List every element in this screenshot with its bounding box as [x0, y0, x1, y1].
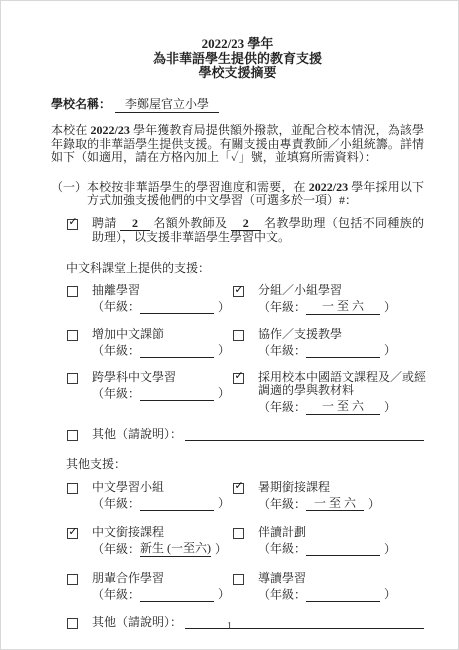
pull-out-learning-checkbox[interactable] [67, 286, 78, 297]
grade-suffix: ） [218, 300, 230, 314]
other-support-heading: 其他支援： [66, 458, 424, 472]
intro-text-pre: 本校在 [51, 123, 91, 137]
grade-row: （年級：新生 (一至六)） [92, 542, 227, 557]
check-mark-icon: ✓ [234, 285, 243, 296]
grade-suffix: ） [384, 542, 396, 556]
option-additional-chinese-lessons: 增加中文課節 （年級：） [67, 328, 233, 358]
hire-staff-text: 聘請 2 名額外教師及 2 名教學助理（包括不同種族的助理），以支援非華語學生學… [92, 217, 424, 245]
grade-suffix: ） [384, 400, 396, 414]
grade-input[interactable] [140, 387, 214, 401]
grade-prefix: （年級： [258, 300, 306, 314]
option-label: 分組／小組學習 [258, 284, 396, 298]
grade-prefix: （年級： [258, 587, 306, 601]
school-based-curriculum-checkbox[interactable]: ✓ [233, 373, 244, 384]
grade-suffix: ） [218, 386, 230, 400]
grade-input[interactable] [306, 344, 380, 358]
grade-prefix: （年級： [92, 542, 140, 556]
grade-prefix: （年級： [258, 542, 306, 556]
cross-curricular-checkbox[interactable] [67, 373, 78, 384]
grade-row: （年級：） [258, 344, 396, 358]
group-learning-checkbox[interactable]: ✓ [233, 286, 244, 297]
grade-prefix: （年級： [92, 386, 140, 400]
document-title: 2022/23 學年 為非華語學生提供的教育支援 學校支援摘要 [51, 37, 424, 81]
title-year-line: 2022/23 學年 [51, 37, 424, 52]
option-label: 協作／支援教學 [258, 328, 396, 342]
option-label: 抽離學習 [92, 284, 230, 298]
grade-row: （年級：） [92, 588, 230, 602]
hire-text-mid: 名額外教師及 [153, 216, 227, 230]
grade-prefix: （年級： [92, 587, 140, 601]
summer-bridging-checkbox[interactable]: ✓ [233, 483, 244, 494]
school-name-label: 學校名稱： [51, 97, 111, 111]
peer-learning-checkbox[interactable] [67, 574, 78, 585]
class-support-other-checkbox[interactable] [67, 430, 78, 441]
option-label: 伴讀計劃 [258, 526, 396, 540]
grade-row: （年級：） [92, 387, 230, 401]
page-number: 1 [1, 620, 458, 634]
grade-input[interactable]: 新生 (一至六) [140, 542, 211, 557]
grade-row: （年級：） [92, 300, 230, 314]
assistants-count-input[interactable]: 2 [231, 217, 261, 232]
grade-input[interactable] [140, 497, 214, 511]
guided-reading-checkbox[interactable] [233, 574, 244, 585]
grade-suffix: ） [218, 343, 230, 357]
option-school-based-curriculum: ✓ 採用校本中國語文課程及／或經調適的學與教材料 （年級：一 至 六） [233, 371, 426, 415]
option-paired-reading: 伴讀計劃 （年級：） [233, 526, 426, 557]
class-support-row-other: 其他（請說明）： [67, 428, 424, 442]
option-class-support-other: 其他（請說明）： [67, 428, 424, 442]
option-label: 增加中文課節 [92, 328, 230, 342]
option-group-learning: ✓ 分組／小組學習 （年級：一 至 六） [233, 284, 426, 315]
section-1: （一） 本校按非華語學生的學習進度和需要，在 2022/23 學年採用以下方式加… [51, 181, 424, 208]
chinese-bridging-checkbox[interactable]: ✓ [67, 528, 78, 539]
other-support-row-1: 中文學習小組 （年級：） ✓ 暑期銜接課程 （年級：一 至 六） [67, 481, 424, 512]
grade-suffix: ） [218, 587, 230, 601]
option-peer-learning: 朋輩合作學習 （年級：） [67, 572, 233, 602]
grade-row: （年級：一 至 六） [258, 497, 380, 512]
class-support-heading: 中文科課堂上提供的支援： [66, 262, 424, 276]
grade-row: （年級：一 至 六） [258, 400, 426, 415]
grade-prefix: （年級： [92, 300, 140, 314]
class-support-row-1: 抽離學習 （年級：） ✓ 分組／小組學習 （年級：一 至 六） [67, 284, 424, 315]
grade-suffix: ） [384, 587, 396, 601]
grade-prefix: （年級： [258, 343, 306, 357]
section-1-heading: 本校按非華語學生的學習進度和需要，在 2022/23 學年採用以下方式加強支援他… [87, 181, 424, 208]
hire-staff-checkbox[interactable]: ✓ [67, 219, 78, 230]
grade-input[interactable] [140, 300, 214, 314]
other-support-row-2: ✓ 中文銜接課程 （年級：新生 (一至六)） 伴讀計劃 （年級：） [67, 526, 424, 557]
additional-lessons-checkbox[interactable] [67, 330, 78, 341]
option-label: 跨學科中文學習 [92, 371, 230, 385]
grade-input[interactable] [140, 344, 214, 358]
check-mark-icon: ✓ [234, 371, 243, 382]
other-details-input[interactable] [185, 428, 424, 442]
option-chinese-bridging: ✓ 中文銜接課程 （年級：新生 (一至六)） [67, 526, 233, 557]
option-label: 暑期銜接課程 [258, 481, 380, 495]
grade-suffix: ） [218, 496, 230, 510]
class-support-grid: 抽離學習 （年級：） ✓ 分組／小組學習 （年級：一 至 六） 增加中文課節 （… [67, 284, 424, 441]
school-name-row: 學校名稱：李鄭屋官立小學 [51, 98, 424, 114]
grade-prefix: （年級： [92, 343, 140, 357]
check-mark-icon: ✓ [68, 217, 77, 228]
grade-prefix: （年級： [92, 496, 140, 510]
grade-suffix: ） [384, 300, 396, 314]
intro-year: 2022/23 [91, 123, 130, 137]
grade-input[interactable]: 一 至 六 [306, 300, 380, 315]
option-summer-bridging: ✓ 暑期銜接課程 （年級：一 至 六） [233, 481, 426, 512]
option-pull-out-learning: 抽離學習 （年級：） [67, 284, 233, 315]
intro-paragraph: 本校在 2022/23 學年獲教育局提供額外撥款，並配合校本情況，為該學年錄取的… [51, 124, 424, 165]
document-page: 2022/23 學年 為非華語學生提供的教育支援 學校支援摘要 學校名稱：李鄭屋… [0, 0, 459, 650]
option-label: 採用校本中國語文課程及／或經調適的學與教材料 [258, 371, 426, 398]
grade-suffix: ） [368, 497, 380, 511]
teachers-count-input[interactable]: 2 [120, 217, 150, 232]
paired-reading-checkbox[interactable] [233, 528, 244, 539]
class-support-row-2: 增加中文課節 （年級：） 協作／支援教學 （年級：） [67, 328, 424, 358]
grade-suffix: ） [384, 343, 396, 357]
grade-row: （年級：） [258, 542, 396, 556]
grade-row: （年級：） [258, 588, 396, 602]
section-1-year: 2022/23 [309, 180, 348, 194]
option-label: 中文銜接課程 [92, 526, 227, 540]
option-cross-curricular-chinese: 跨學科中文學習 （年級：） [67, 371, 233, 415]
other-support-row-3: 朋輩合作學習 （年級：） 導讀學習 （年級：） [67, 572, 424, 602]
other-support-grid: 中文學習小組 （年級：） ✓ 暑期銜接課程 （年級：一 至 六） ✓ 中文銜接課… [67, 481, 424, 630]
grade-suffix: ） [215, 542, 227, 556]
check-mark-icon: ✓ [234, 481, 243, 492]
section-1-marker: （一） [51, 181, 87, 208]
section-1-text-pre: 本校按非華語學生的學習進度和需要，在 [87, 180, 309, 194]
check-mark-icon: ✓ [68, 527, 77, 538]
grade-input[interactable] [306, 588, 380, 602]
grade-prefix: （年級： [258, 400, 306, 414]
grade-row: （年級：一 至 六） [258, 300, 396, 315]
option-label: 中文學習小組 [92, 481, 230, 495]
option-guided-reading: 導讀學習 （年級：） [233, 572, 426, 602]
option-co-teaching-support: 協作／支援教學 （年級：） [233, 328, 426, 358]
grade-prefix: （年級： [258, 497, 306, 511]
grade-row: （年級：） [92, 344, 230, 358]
option-hire-staff: ✓ 聘請 2 名額外教師及 2 名教學助理（包括不同種族的助理），以支援非華語學… [67, 217, 424, 245]
grade-row: （年級：） [92, 497, 230, 511]
grade-input[interactable] [306, 542, 380, 556]
co-teaching-checkbox[interactable] [233, 330, 244, 341]
chinese-learning-group-checkbox[interactable] [67, 483, 78, 494]
title-summary-line: 學校支援摘要 [51, 66, 424, 81]
option-label: 朋輩合作學習 [92, 572, 230, 586]
option-chinese-learning-group: 中文學習小組 （年級：） [67, 481, 233, 512]
option-label: 其他（請說明）： [92, 428, 182, 442]
school-name-value[interactable]: 李鄭屋官立小學 [115, 98, 219, 114]
grade-input[interactable]: 一 至 六 [306, 400, 380, 415]
class-support-row-3: 跨學科中文學習 （年級：） ✓ 採用校本中國語文課程及／或經調適的學與教材料 （… [67, 371, 424, 415]
title-subject-line: 為非華語學生提供的教育支援 [51, 52, 424, 67]
hire-text-pre: 聘請 [92, 216, 117, 230]
option-label: 導讀學習 [258, 572, 396, 586]
grade-input[interactable] [140, 588, 214, 602]
grade-input[interactable]: 一 至 六 [306, 497, 364, 512]
